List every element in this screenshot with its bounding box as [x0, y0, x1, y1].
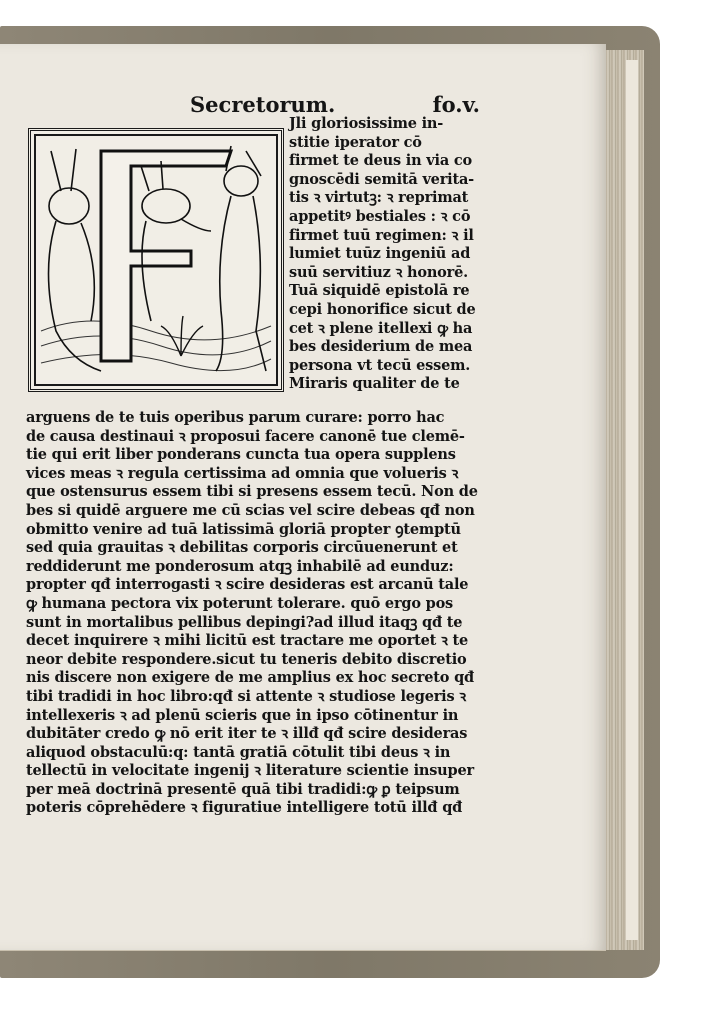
- text-line: persona vt tecū essem.: [289, 357, 489, 376]
- text-line: intellexeris ꝛ ad plenū scieris que in i…: [26, 707, 486, 726]
- text-line: cepi honorifice sicut de: [289, 301, 489, 320]
- text-line: stitie iperator cō: [289, 134, 489, 153]
- text-line: per meā doctrinā presentē quā tibi tradi…: [26, 781, 486, 800]
- text-line: que ostensurus essem tibi si presens ess…: [26, 483, 486, 502]
- text-line: vices meas ꝛ regula certissima ad omnia …: [26, 465, 486, 484]
- text-line: cet ꝛ plene itellexi ꝙ ha: [289, 320, 489, 339]
- text-line: firmet tuū regimen: ꝛ il: [289, 227, 489, 246]
- text-line: tibi tradidi in hoc libro:qđ si attente …: [26, 688, 486, 707]
- text-line: gnoscēdi semitā verita-: [289, 171, 489, 190]
- text-line: nis discere non exigere de me amplius ex…: [26, 669, 486, 688]
- text-line: reddiderunt me ponderosum atqꝫ inhabilē …: [26, 558, 486, 577]
- text-column-full-width: arguens de te tuis operibus parum curare…: [26, 409, 486, 818]
- text-line: Jli gloriosissime in-: [289, 115, 489, 134]
- text-line: sunt in mortalibus pellibus depingi?ad i…: [26, 614, 486, 633]
- woodcut-initial-f: [28, 128, 284, 392]
- text-line: suū servitiuz ꝛ honorē.: [289, 264, 489, 283]
- text-line: de causa destinaui ꝛ proposui facere can…: [26, 428, 486, 447]
- text-line: Tuā siquidē epistolā re: [289, 282, 489, 301]
- text-line: sed quia grauitas ꝛ debilitas corporis c…: [26, 539, 486, 558]
- text-line: Miraris qualiter de te: [289, 375, 489, 394]
- text-line: arguens de te tuis operibus parum curare…: [26, 409, 486, 428]
- text-line: bes si quidē arguere me cū scias vel sci…: [26, 502, 486, 521]
- text-line: lumiet tuūz ingeniū ad: [289, 245, 489, 264]
- text-line: propter qđ interrogasti ꝛ scire desidera…: [26, 576, 486, 595]
- text-line: dubitāter credo ꝙ nō erit iter te ꝛ illđ…: [26, 725, 486, 744]
- text-line: ꝙ humana pectora vix poterunt tolerare. …: [26, 595, 486, 614]
- text-line: appetitꝰ bestiales : ꝛ cō: [289, 208, 489, 227]
- text-line: tellectū in velocitate ingenij ꝛ literat…: [26, 762, 486, 781]
- text-line: tis ꝛ virtutꝫ: ꝛ reprimat: [289, 189, 489, 208]
- text-line: decet inquirere ꝛ mihi licitū est tracta…: [26, 632, 486, 651]
- text-line: neor debite respondere.sicut tu teneris …: [26, 651, 486, 670]
- running-title: Secretorum.: [190, 92, 335, 117]
- hares-illustration-icon: [31, 131, 281, 389]
- text-column-beside-initial: Jli gloriosissime in- stitie iperator cō…: [289, 115, 489, 394]
- folio-number: fo.v.: [433, 92, 480, 117]
- text-line: firmet te deus in via co: [289, 152, 489, 171]
- text-line: poteris cōprehēdere ꝛ figuratiue intelli…: [26, 799, 486, 818]
- text-line: aliquod obstaculū:q: tantā gratiā cōtuli…: [26, 744, 486, 763]
- page-edge-highlight: [626, 60, 638, 940]
- text-line: tie qui erit liber ponderans cuncta tua …: [26, 446, 486, 465]
- text-line: obmitto venire ad tuā latissimā gloriā p…: [26, 521, 486, 540]
- text-line: bes desiderium de mea: [289, 338, 489, 357]
